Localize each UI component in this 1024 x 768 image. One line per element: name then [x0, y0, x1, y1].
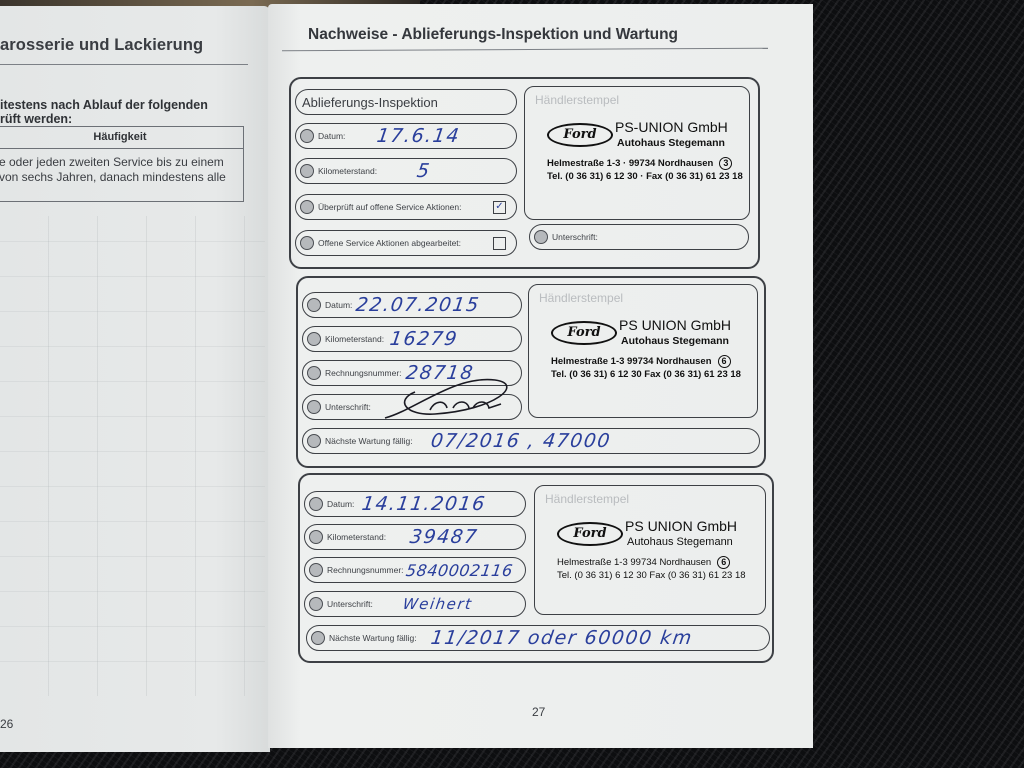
stamp-number: 6: [717, 556, 730, 569]
field-value: 14.11.2016: [361, 493, 488, 515]
field-unterschrift[interactable]: Unterschrift:: [529, 224, 749, 250]
field-datum[interactable]: Datum: 14.11.2016: [304, 491, 526, 517]
radio-dot-icon: [309, 497, 323, 511]
table-header: Häufigkeit: [0, 127, 243, 149]
field-label: Nächste Wartung fällig:: [325, 436, 413, 446]
stamp-phone: Tel. (0 36 31) 6 12 30 · Fax (0 36 31) 6…: [547, 171, 743, 182]
field-label: Datum:: [325, 300, 352, 310]
field-label: Nächste Wartung fällig:: [329, 633, 417, 643]
field-label: Datum:: [318, 131, 345, 141]
stamp-address: Helmestraße 1-3 · 99734 Nordhausen3: [547, 157, 732, 170]
field-rechnungsnummer[interactable]: Rechnungsnummer: 5840002116: [304, 557, 526, 583]
field-label: Unterschrift:: [327, 599, 373, 609]
stamp-company: PS UNION GmbH: [625, 518, 737, 534]
delivery-inspection-heading: Ablieferungs-Inspektion: [295, 89, 517, 115]
field-value: 28718: [404, 362, 475, 384]
delivery-inspection-block: Ablieferungs-Inspektion Datum: 17.6.14 K…: [289, 77, 760, 269]
radio-dot-icon: [307, 400, 321, 414]
table-cell-line: von sechs Jahren, danach mindestens alle: [0, 170, 243, 185]
radio-dot-icon: [309, 563, 323, 577]
field-datum[interactable]: Datum: 17.6.14: [295, 123, 517, 149]
field-value: 22.07.2015: [355, 294, 482, 316]
service-block-2: Datum: 14.11.2016 Kilometerstand: 39487 …: [298, 473, 774, 663]
left-section-title: arosserie und Lackierung: [0, 36, 203, 55]
field-next-service-due[interactable]: Nächste Wartung fällig: 07/2016 , 47000: [302, 428, 760, 454]
field-service-actions-checked[interactable]: Überprüft auf offene Service Aktionen: ✓: [295, 194, 517, 220]
radio-dot-icon: [300, 129, 314, 143]
field-label: Überprüft auf offene Service Aktionen:: [318, 202, 462, 212]
divider: [0, 64, 248, 65]
left-intro-text: itestens nach Ablauf der folgenden rüft …: [0, 98, 250, 126]
field-label: Datum:: [327, 499, 354, 509]
stamp-company: PS UNION GmbH: [619, 317, 731, 333]
field-unterschrift[interactable]: Unterschrift:: [302, 394, 522, 420]
page-number: 26: [0, 717, 13, 731]
frequency-table: Häufigkeit e oder jeden zweiten Service …: [0, 126, 244, 202]
heading-text: Ablieferungs-Inspektion: [302, 95, 438, 110]
dealer-stamp: Händlerstempel Ford PS UNION GmbH Autoha…: [528, 284, 758, 418]
address-text: Helmestraße 1-3 · 99734 Nordhausen: [547, 158, 713, 169]
field-next-service-due[interactable]: Nächste Wartung fällig: 11/2017 oder 600…: [306, 625, 770, 651]
field-kilometerstand[interactable]: Kilometerstand: 5: [295, 158, 517, 184]
dealer-stamp: Händlerstempel Ford PS UNION GmbH Autoha…: [534, 485, 766, 615]
stamp-number: 6: [718, 355, 731, 368]
stamp-address: Helmestraße 1-3 99734 Nordhausen6: [551, 355, 731, 368]
field-label: Unterschrift:: [325, 402, 371, 412]
field-label: Kilometerstand:: [325, 334, 384, 344]
radio-dot-icon: [300, 200, 314, 214]
field-datum[interactable]: Datum: 22.07.2015: [302, 292, 522, 318]
field-unterschrift[interactable]: Unterschrift: Weihert: [304, 591, 526, 617]
intro-line: rüft werden:: [0, 112, 250, 126]
field-label: Rechnungsnummer:: [327, 565, 404, 575]
table-cell: e oder jeden zweiten Service bis zu eine…: [0, 149, 243, 185]
show-through-grid: [0, 216, 265, 696]
field-rechnungsnummer[interactable]: Rechnungsnummer: 28718: [302, 360, 522, 386]
field-label: Rechnungsnummer:: [325, 368, 402, 378]
radio-dot-icon: [309, 597, 323, 611]
stamp-company: PS-UNION GmbH: [615, 119, 728, 135]
page-number: 27: [532, 705, 545, 719]
radio-dot-icon: [300, 164, 314, 178]
field-kilometerstand[interactable]: Kilometerstand: 16279: [302, 326, 522, 352]
field-value: 11/2017 oder 60000 km: [429, 627, 694, 649]
field-value: 39487: [409, 526, 480, 548]
radio-dot-icon: [307, 434, 321, 448]
left-page: arosserie und Lackierung itestens nach A…: [0, 6, 270, 752]
stamp-label: Händlerstempel: [539, 291, 623, 305]
field-label: Kilometerstand:: [327, 532, 386, 542]
radio-dot-icon: [307, 366, 321, 380]
field-label: Unterschrift:: [552, 232, 598, 242]
field-label: Kilometerstand:: [318, 166, 377, 176]
checkbox-checked[interactable]: ✓: [493, 201, 506, 214]
address-text: Helmestraße 1-3 99734 Nordhausen: [557, 557, 711, 568]
field-service-actions-done[interactable]: Offene Service Aktionen abgearbeitet:: [295, 230, 517, 256]
field-value: 16279: [389, 328, 460, 350]
field-value: 5: [416, 160, 433, 182]
stamp-address: Helmestraße 1-3 99734 Nordhausen6: [557, 556, 730, 569]
stamp-number: 3: [719, 157, 732, 170]
field-kilometerstand[interactable]: Kilometerstand: 39487: [304, 524, 526, 550]
field-value: Weihert: [402, 595, 474, 613]
stamp-subtitle: Autohaus Stegemann: [621, 335, 729, 347]
radio-dot-icon: [311, 631, 325, 645]
field-value: 5840002116: [404, 561, 513, 580]
radio-dot-icon: [307, 332, 321, 346]
table-cell-line: e oder jeden zweiten Service bis zu eine…: [0, 155, 243, 170]
field-label: Offene Service Aktionen abgearbeitet:: [318, 238, 461, 248]
radio-dot-icon: [300, 236, 314, 250]
ford-logo-icon: Ford: [547, 123, 613, 147]
stamp-subtitle: Autohaus Stegemann: [617, 137, 725, 149]
ford-logo-icon: Ford: [557, 522, 623, 546]
stamp-label: Händlerstempel: [535, 93, 619, 107]
stamp-label: Händlerstempel: [545, 492, 629, 506]
stamp-phone: Tel. (0 36 31) 6 12 30 Fax (0 36 31) 61 …: [551, 369, 741, 380]
radio-dot-icon: [307, 298, 321, 312]
service-block-1: Datum: 22.07.2015 Kilometerstand: 16279 …: [296, 276, 766, 468]
right-section-title: Nachweise - Ablieferungs-Inspektion und …: [308, 26, 678, 44]
radio-dot-icon: [309, 530, 323, 544]
field-value: 07/2016 , 47000: [429, 430, 612, 452]
radio-dot-icon: [534, 230, 548, 244]
stamp-phone: Tel. (0 36 31) 6 12 30 Fax (0 36 31) 61 …: [557, 570, 746, 581]
stamp-subtitle: Autohaus Stegemann: [627, 536, 733, 548]
field-value: 17.6.14: [376, 125, 462, 147]
intro-line: itestens nach Ablauf der folgenden: [0, 98, 250, 112]
dealer-stamp: Händlerstempel Ford PS-UNION GmbH Autoha…: [524, 86, 750, 220]
checkbox-unchecked[interactable]: [493, 237, 506, 250]
address-text: Helmestraße 1-3 99734 Nordhausen: [551, 356, 712, 367]
ford-logo-icon: Ford: [551, 321, 617, 345]
